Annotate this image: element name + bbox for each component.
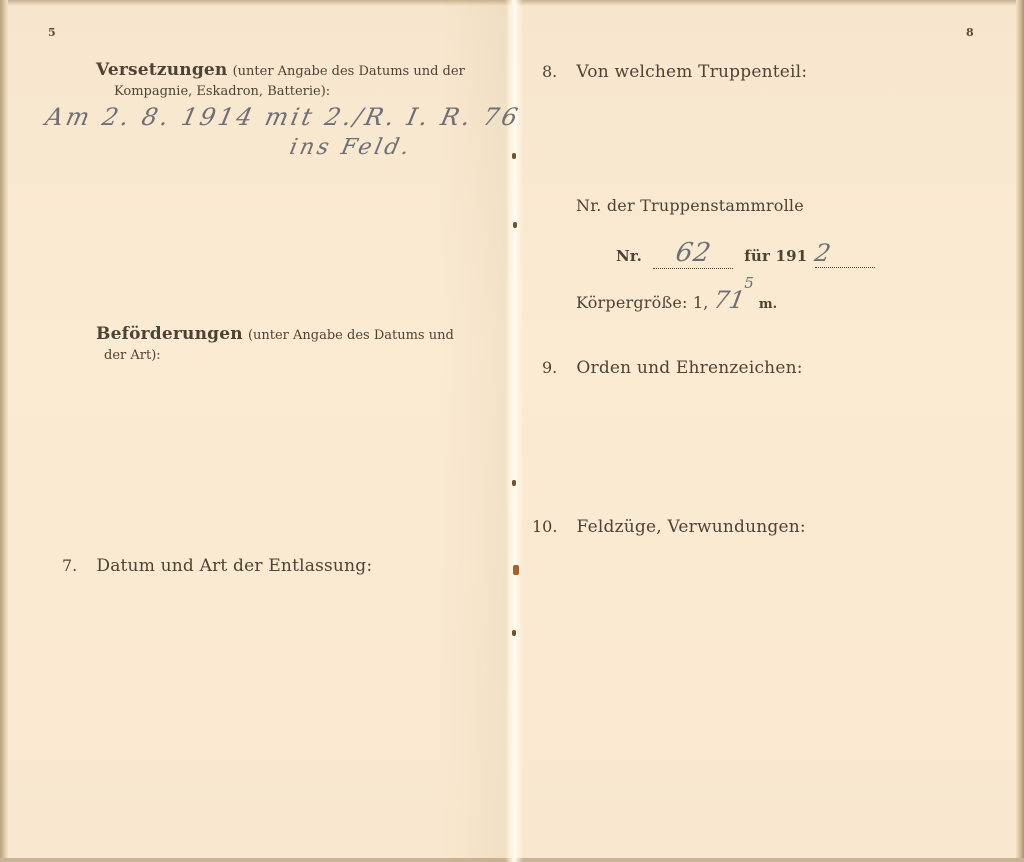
koerpergroesse-row: Körpergröße: 1, 715 m. bbox=[576, 286, 777, 314]
year-value-field: 2 bbox=[815, 239, 875, 268]
feldzuege-field: 10. Feldzüge, Verwundungen: bbox=[532, 517, 806, 537]
signature-mark: 5 bbox=[48, 26, 56, 39]
right-page: 8 8. Von welchem Truppenteil: Nr. der Tr… bbox=[520, 0, 1016, 862]
truppenteil-label: Von welchem Truppenteil: bbox=[576, 62, 807, 82]
feldzuege-label: Feldzüge, Verwundungen: bbox=[577, 517, 806, 537]
left-page: 5 Versetzungen (unter Angabe des Datums … bbox=[8, 0, 508, 862]
koerpergroesse-label: Körpergröße: 1, bbox=[576, 293, 709, 312]
koerpergroesse-unit: m. bbox=[759, 297, 777, 312]
open-booklet: 5 Versetzungen (unter Angabe des Datums … bbox=[0, 0, 1024, 862]
befoerderungen-subtitle: (unter Angabe des Datums und bbox=[248, 328, 454, 343]
stammrolle-label-text: Nr. der Truppenstammrolle bbox=[576, 196, 804, 215]
befoerderungen-heading: Beförderungen (unter Angabe des Datums u… bbox=[96, 324, 454, 344]
page-left-edge bbox=[0, 0, 8, 862]
signature-mark: 8 bbox=[966, 26, 974, 39]
truppenteil-field: 8. Von welchem Truppenteil: bbox=[542, 62, 807, 82]
koerpergroesse-superscript: 5 bbox=[744, 274, 754, 292]
koerpergroesse-value: 71 bbox=[711, 286, 746, 314]
stitch-mark bbox=[512, 630, 516, 636]
stitch-mark bbox=[513, 222, 517, 228]
versetzungen-heading: Versetzungen (unter Angabe des Datums un… bbox=[96, 60, 465, 80]
befoerderungen-subtitle-2: der Art): bbox=[104, 344, 161, 363]
befoerderungen-title: Beförderungen bbox=[96, 324, 243, 344]
handwritten-transfer-entry-2: ins Feld. bbox=[287, 135, 414, 160]
entlassung-label: Datum und Art der Entlassung: bbox=[96, 556, 372, 576]
entlassung-field: 7. Datum und Art der Entlassung: bbox=[62, 556, 372, 576]
versetzungen-title: Versetzungen bbox=[96, 60, 227, 80]
year-prefix: für 191 bbox=[744, 247, 807, 265]
nr-value-field: 62 bbox=[653, 238, 733, 269]
field-number: 9. bbox=[542, 358, 557, 377]
stammrolle-label: Nr. der Truppenstammrolle bbox=[576, 196, 804, 215]
befoerderungen-subtitle-text: der Art): bbox=[104, 348, 161, 363]
nr-prefix: Nr. bbox=[616, 247, 642, 265]
stitch-mark bbox=[512, 480, 516, 486]
stain-mark bbox=[513, 565, 519, 575]
nr-value: 62 bbox=[673, 238, 713, 268]
orden-label: Orden und Ehrenzeichen: bbox=[576, 358, 802, 378]
orden-field: 9. Orden und Ehrenzeichen: bbox=[542, 358, 803, 378]
field-number: 7. bbox=[62, 556, 77, 575]
page-right-edge bbox=[1016, 0, 1024, 862]
versetzungen-subtitle-text: Kompagnie, Eskadron, Batterie): bbox=[114, 84, 330, 99]
stitch-mark bbox=[512, 153, 516, 159]
year-value: 2 bbox=[812, 239, 832, 267]
versetzungen-subtitle: (unter Angabe des Datums und der bbox=[233, 64, 465, 79]
versetzungen-subtitle-2: Kompagnie, Eskadron, Batterie): bbox=[114, 80, 330, 99]
field-number: 8. bbox=[542, 62, 557, 81]
stammrolle-number-row: Nr. 62 für 191 2 bbox=[616, 238, 875, 269]
handwritten-transfer-entry: Am 2. 8. 1914 mit 2./R. I. R. 76 bbox=[43, 103, 523, 131]
field-number: 10. bbox=[532, 517, 557, 536]
